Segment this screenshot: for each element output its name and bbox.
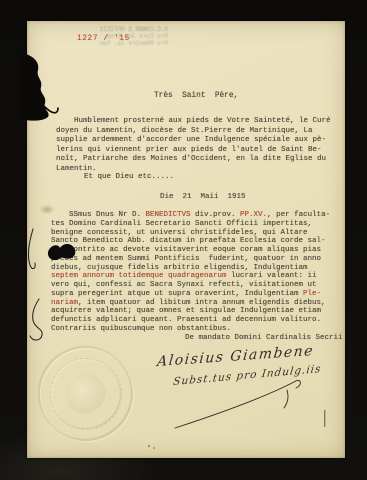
petition-paragraph: Humblement prosterné aux pieds de Votre … — [56, 117, 328, 174]
document-page: 1227 / '15 S.C.CONGR.S OFFICIIPro Cura J… — [27, 21, 345, 458]
date-line: Die 21 Maii 1915 — [160, 193, 246, 203]
rescript-paragraph: SSmus Dnus Nr D. BENEDICTVS div.prov. PP… — [51, 211, 337, 334]
paper-stain — [37, 203, 57, 216]
invocation-line: Et que Dieu etc..... — [84, 173, 174, 183]
verso-bleedthrough-stamp: S.C.CONGR.S OFFICIIPro Cura Ja. Ernm.Pro… — [102, 26, 168, 48]
folio-mark: | — [323, 408, 326, 428]
embossed-seal — [39, 347, 133, 441]
salutation: Très Saint Père, — [154, 92, 238, 102]
